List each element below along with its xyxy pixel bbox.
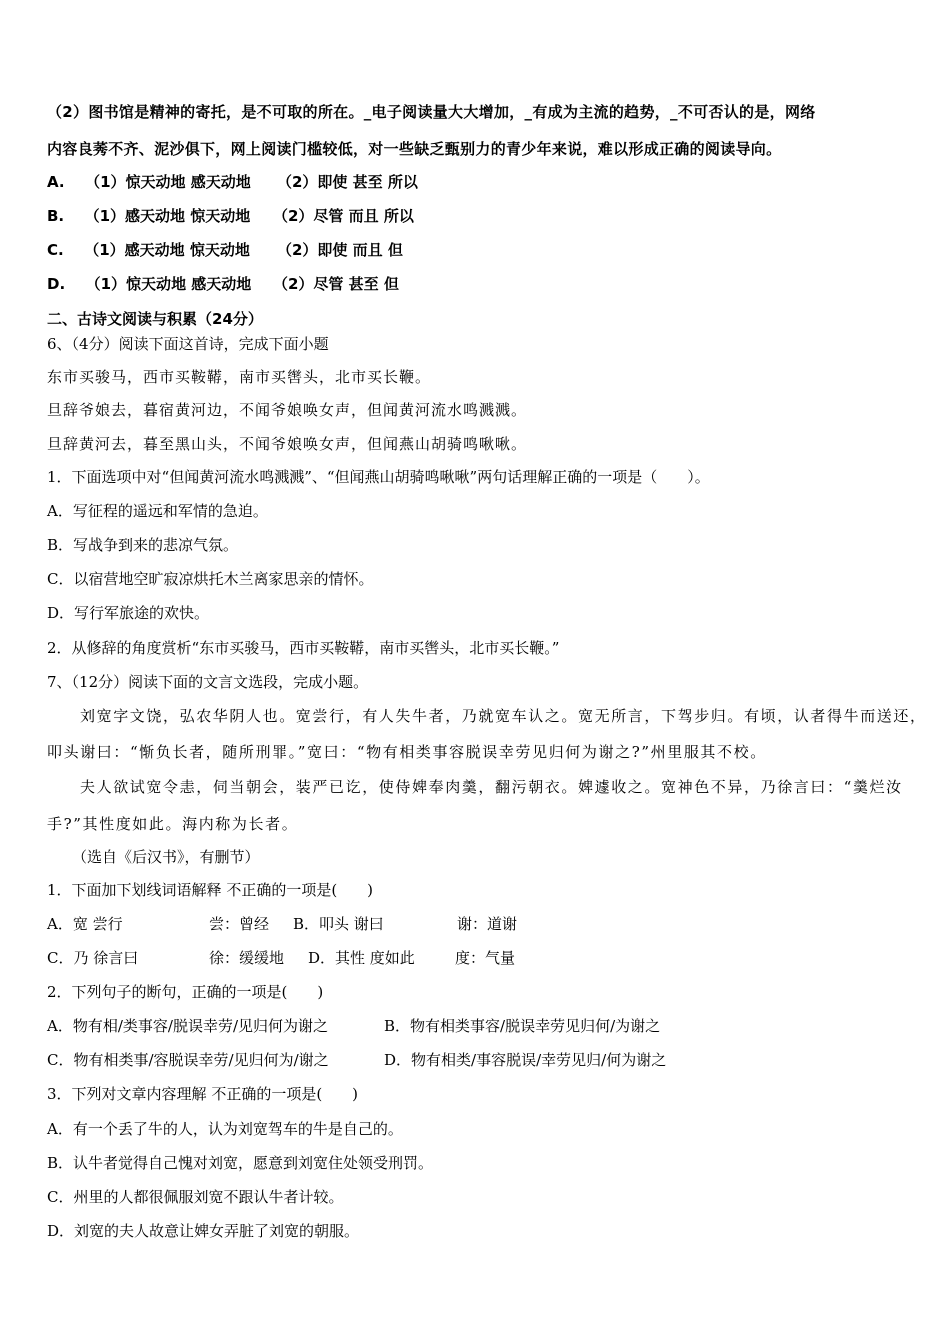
passage-p2-line2: 手?”其性度如此。海内称为长者。 bbox=[47, 814, 298, 834]
section-heading: 二、古诗文阅读与积累（24分） bbox=[47, 309, 263, 329]
q6-sub1-option-b: B．写战争到来的悲凉气氛。 bbox=[47, 535, 238, 555]
option-letter: A. bbox=[47, 173, 65, 191]
q7-sub1-option-b-label: B．叩头 谢曰 bbox=[293, 914, 384, 934]
q7-sub2-options-row1: A．物有相/类事容/脱误幸劳/见归何为谢之 B．物有相类事容/脱误幸劳见归何/为… bbox=[47, 1016, 328, 1036]
option-letter: B. bbox=[47, 207, 64, 225]
option-c: C. （1）感天动地 惊天动地 （2）即使 而且 但 bbox=[47, 240, 250, 260]
q7-sub1-option-b-meaning: 谢：道谢 bbox=[457, 914, 517, 934]
option-part2: （2）即使 甚至 所以 bbox=[277, 172, 418, 192]
q7-sub2-options-row2: C．物有相类事/容脱误幸劳/见归何为/谢之 D．物有相类/事容脱误/幸劳见归/何… bbox=[47, 1050, 329, 1070]
option-part1: （1）惊天动地 感天动地 bbox=[86, 275, 252, 293]
q7-sub1-option-a-meaning: 尝：曾经 bbox=[209, 914, 269, 934]
option-letter: C. bbox=[47, 241, 64, 259]
passage-p1-line1: 刘宽字文饶，弘农华阴人也。宽尝行，有人失牛者，乃就宽车认之。宽无所言，下驾步归。… bbox=[80, 706, 927, 726]
q7-sub2-option-d: D．物有相类/事容脱误/幸劳见归/何为谢之 bbox=[384, 1050, 666, 1070]
q7-sub1-options-row2: C．乃 徐言曰 徐：缓缓地 D．其性 度如此 度：气量 bbox=[47, 948, 138, 968]
q7-sub2-option-a: A．物有相/类事容/脱误幸劳/见归何为谢之 bbox=[47, 1017, 328, 1035]
exam-page: （2）图书馆是精神的寄托，是不可取的所在。_电子阅读量大大增加，_有成为主流的趋… bbox=[0, 0, 950, 1344]
q7-sub3-option-b: B．认牛者觉得自己愧对刘宽，愿意到刘宽住处领受刑罚。 bbox=[47, 1153, 433, 1173]
option-part2: （2）尽管 甚至 但 bbox=[273, 274, 399, 294]
q7-sub1-stem: 1．下面加下划线词语解释 不正确的一项是( ) bbox=[47, 880, 373, 900]
passage-p2-line1: 夫人欲试宽令恚，伺当朝会，装严已讫，使侍婢奉肉羹，翻污朝衣。婢遽收之。宽神色不异… bbox=[80, 777, 903, 797]
q6-sub1-option-a: A．写征程的遥远和军情的急迫。 bbox=[47, 501, 268, 521]
q6-sub1-option-c: C．以宿营地空旷寂凉烘托木兰离家思亲的情怀。 bbox=[47, 569, 373, 589]
q7-sub1-option-d-label: D．其性 度如此 bbox=[308, 948, 415, 968]
q7-sub1-options-row1: A．宽 尝行 尝：曾经 B．叩头 谢曰 谢：道谢 bbox=[47, 914, 123, 934]
q7-sub1-option-a-label: A．宽 尝行 bbox=[47, 915, 123, 933]
option-part1: （1）惊天动地 感天动地 bbox=[85, 173, 251, 191]
option-part2: （2）即使 而且 但 bbox=[277, 240, 403, 260]
q7-title: 7、（12分）阅读下面的文言文选段，完成小题。 bbox=[47, 672, 368, 692]
item2-text-line1: （2）图书馆是精神的寄托，是不可取的所在。_电子阅读量大大增加，_有成为主流的趋… bbox=[47, 102, 816, 122]
q7-sub2-stem: 2．下列句子的断句，正确的一项是( ) bbox=[47, 982, 323, 1002]
option-d: D. （1）惊天动地 感天动地 （2）尽管 甚至 但 bbox=[47, 274, 251, 294]
q7-sub3-option-c: C．州里的人都很佩服刘宽不跟认牛者计较。 bbox=[47, 1187, 343, 1207]
q6-sub1-option-d: D．写行军旅途的欢快。 bbox=[47, 603, 209, 623]
q7-sub3-option-d: D．刘宽的夫人故意让婢女弄脏了刘宽的朝服。 bbox=[47, 1221, 359, 1241]
passage-source: （选自《后汉书》，有删节） bbox=[72, 847, 260, 867]
passage-p1-line2: 叩头谢曰：“惭负长者，随所刑罪。”宽曰：“物有相类事容脱误幸劳见归何为谢之?”州… bbox=[47, 742, 767, 762]
q6-sub2-stem: 2．从修辞的角度赏析“东市买骏马，西市买鞍鞯，南市买辔头，北市买长鞭。” bbox=[47, 638, 559, 658]
option-a: A. （1）惊天动地 感天动地 （2）即使 甚至 所以 bbox=[47, 172, 251, 192]
q7-sub1-option-c-meaning: 徐：缓缓地 bbox=[209, 948, 284, 968]
q7-sub2-option-c: C．物有相类事/容脱误幸劳/见归何为/谢之 bbox=[47, 1051, 329, 1069]
option-part1: （1）感天动地 惊天动地 bbox=[85, 207, 251, 225]
option-part1: （1）感天动地 惊天动地 bbox=[84, 241, 250, 259]
option-part2: （2）尽管 而且 所以 bbox=[273, 206, 414, 226]
poem-line-1: 东市买骏马，西市买鞍鞯，南市买辔头，北市买长鞭。 bbox=[47, 367, 431, 387]
q7-sub3-stem: 3．下列对文章内容理解 不正确的一项是( ) bbox=[47, 1084, 358, 1104]
q7-sub1-option-c-label: C．乃 徐言曰 bbox=[47, 949, 138, 967]
poem-line-2: 旦辞爷娘去，暮宿黄河边，不闻爷娘唤女声，但闻黄河流水鸣溅溅。 bbox=[47, 400, 527, 420]
q7-sub2-option-b: B．物有相类事容/脱误幸劳见归何/为谢之 bbox=[384, 1016, 660, 1036]
q7-sub3-option-a: A．有一个丢了牛的人，认为刘宽驾车的牛是自己的。 bbox=[47, 1119, 403, 1139]
poem-line-3: 旦辞黄河去，暮至黑山头，不闻爷娘唤女声，但闻燕山胡骑鸣啾啾。 bbox=[47, 434, 527, 454]
option-letter: D. bbox=[47, 275, 65, 293]
q6-sub1-stem: 1．下面选项中对“但闻黄河流水鸣溅溅”、“但闻燕山胡骑鸣啾啾”两句话理解正确的一… bbox=[47, 467, 710, 487]
q6-title: 6、（4分）阅读下面这首诗，完成下面小题 bbox=[47, 334, 329, 354]
q7-sub1-option-d-meaning: 度：气量 bbox=[455, 948, 515, 968]
option-b: B. （1）感天动地 惊天动地 （2）尽管 而且 所以 bbox=[47, 206, 250, 226]
item2-text-line2: 内容良莠不齐、泥沙俱下，网上阅读门槛较低，对一些缺乏甄别力的青少年来说，难以形成… bbox=[47, 139, 781, 159]
